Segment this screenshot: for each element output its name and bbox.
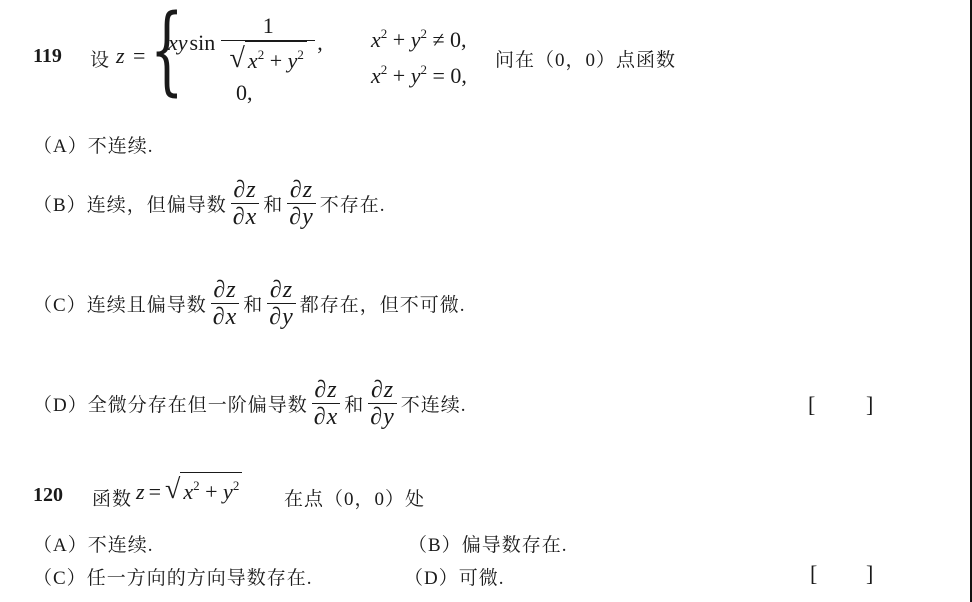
square-root: √ x2 + y2 — [230, 41, 307, 74]
option-d: （D）可微. — [404, 563, 505, 590]
option-label: （A） — [33, 136, 88, 157]
option-text: 都存在，但不可微. — [300, 290, 466, 317]
option-and: 和 — [263, 190, 283, 217]
option-label: （B） — [33, 190, 87, 217]
question-suffix: 在点（0，0）处 — [284, 484, 425, 511]
math-xy: xy — [168, 30, 188, 56]
partial-fraction-dz-dx: ∂z∂x — [211, 277, 240, 330]
case-2-condition: x2 + y2 = 0, — [371, 62, 467, 89]
partial-fraction-dz-dx: ∂z∂x — [312, 377, 341, 430]
option-text: 偏导数存在. — [462, 535, 568, 556]
answer-bracket-close: ] — [866, 392, 873, 418]
math-var-z: z — [116, 43, 125, 69]
question-number: 120 — [33, 484, 63, 507]
fraction: 1 √ x2 + y2 — [221, 12, 315, 74]
partial-fraction-dz-dy: ∂z∂y — [368, 377, 397, 430]
option-text: 可微. — [459, 568, 505, 589]
option-label: （C） — [33, 290, 87, 317]
question-suffix: 问在（0，0）点函数 — [495, 45, 676, 72]
option-text: 连续，但偏导数 — [87, 190, 227, 217]
option-label: （C） — [33, 568, 87, 589]
math-equals: = — [149, 479, 161, 505]
partial-fraction-dz-dy: ∂z∂y — [267, 277, 296, 330]
question-120-formula: z = √ x2 + y2 — [136, 472, 242, 505]
option-text: 全微分存在但一阶偏导数 — [88, 390, 308, 417]
option-text: 连续且偏导数 — [87, 290, 207, 317]
radical-icon: √ — [230, 44, 245, 74]
answer-bracket-open: [ — [808, 392, 815, 418]
question-prefix: 函数 — [92, 484, 132, 511]
math-equals: = — [133, 43, 145, 69]
radical-icon: √ — [165, 475, 180, 505]
partial-fraction-dz-dx: ∂z∂x — [231, 177, 260, 230]
option-and: 和 — [243, 290, 263, 317]
option-label: （B） — [408, 535, 462, 556]
comma: , — [317, 30, 323, 56]
square-root: √ x2 + y2 — [165, 472, 242, 505]
answer-bracket-close: ] — [866, 561, 873, 587]
answer-bracket-open: [ — [810, 561, 817, 587]
radicand: x2 + y2 — [180, 472, 242, 505]
option-text: 任一方向的方向导数存在. — [87, 568, 313, 589]
option-b: （B）偏导数存在. — [408, 530, 567, 557]
case-1-condition: x2 + y2 ≠ 0, — [371, 26, 467, 53]
option-a: （A）不连续. — [33, 131, 154, 158]
option-c: （C） 连续且偏导数 ∂z∂x 和 ∂z∂y 都存在，但不可微. — [33, 277, 466, 330]
math-sin: sin — [190, 30, 216, 56]
option-a: （A）不连续. — [33, 530, 154, 557]
option-label: （A） — [33, 535, 88, 556]
question-prefix: 设 — [90, 45, 110, 72]
fraction-numerator: 1 — [263, 12, 274, 40]
option-text: 不连续. — [401, 390, 467, 417]
option-text: 不存在. — [320, 190, 386, 217]
partial-fraction-dz-dy: ∂z∂y — [287, 177, 316, 230]
option-c: （C）任一方向的方向导数存在. — [33, 563, 312, 590]
case-2-value: 0, — [236, 80, 253, 106]
option-label: （D） — [404, 568, 459, 589]
question-number: 119 — [33, 45, 62, 68]
case-1-expression: xy sin 1 √ x2 + y2 , — [168, 12, 323, 74]
math-var-z: z — [136, 479, 145, 505]
option-b: （B） 连续，但偏导数 ∂z∂x 和 ∂z∂y 不存在. — [33, 177, 386, 230]
option-d: （D） 全微分存在但一阶偏导数 ∂z∂x 和 ∂z∂y 不连续. — [33, 377, 467, 430]
option-text: 不连续. — [88, 535, 154, 556]
radicand: x2 + y2 — [245, 41, 307, 74]
option-text: 不连续. — [88, 136, 154, 157]
option-label: （D） — [33, 390, 88, 417]
option-and: 和 — [344, 390, 364, 417]
